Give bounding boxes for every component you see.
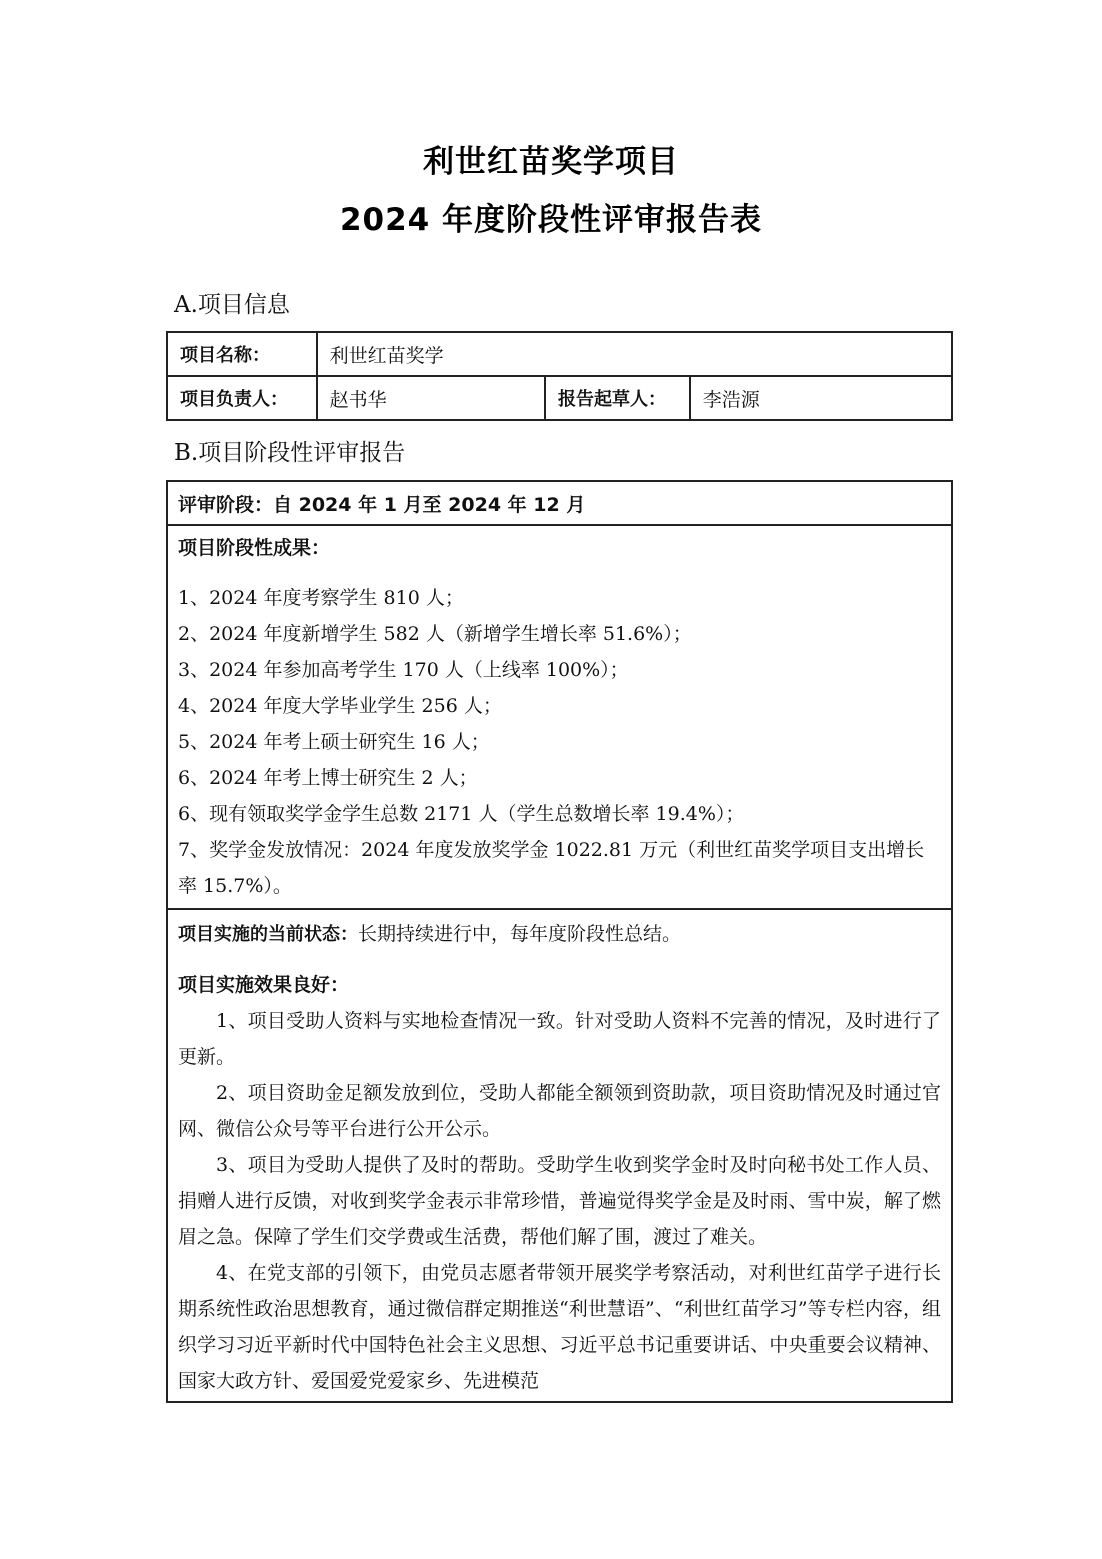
project-lead-value: 赵书华 xyxy=(317,376,545,420)
section-b-heading: B.项目阶段性评审报告 xyxy=(174,434,405,467)
result-item: 1、2024 年度考察学生 810 人； xyxy=(178,580,941,616)
effect-paragraph: 2、项目资助金足额发放到位，受助人都能全额领到资助款，项目资助情况及时通过官网、… xyxy=(178,1075,941,1147)
effect-paragraph: 1、项目受助人资料与实地检查情况一致。针对受助人资料不完善的情况，及时进行了更新… xyxy=(178,1003,941,1075)
review-stage: 评审阶段：自 2024 年 1 月至 2024 年 12 月 xyxy=(167,481,952,525)
result-item: 2、2024 年度新增学生 582 人（新增学生增长率 51.6%）； xyxy=(178,616,941,652)
results-label: 项目阶段性成果： xyxy=(178,530,941,566)
current-status: 项目实施的当前状态：长期持续进行中，每年度阶段性总结。 xyxy=(178,916,941,953)
report-drafter-label: 报告起草人： xyxy=(545,376,690,420)
result-item: 6、2024 年考上博士研究生 2 人； xyxy=(178,760,941,796)
effect-paragraph: 4、在党支部的引领下，由党员志愿者带领开展奖学考察活动，对利世红苗学子进行长期系… xyxy=(178,1255,941,1399)
result-item: 3、2024 年参加高考学生 170 人（上线率 100%）； xyxy=(178,652,941,688)
document-subtitle: 2024 年度阶段性评审报告表 xyxy=(0,194,1102,239)
status-value: 长期持续进行中，每年度阶段性总结。 xyxy=(358,923,681,945)
effect-label: 项目实施效果良好： xyxy=(178,967,941,1003)
project-name-value: 利世红苗奖学 xyxy=(317,332,952,376)
status-row: 项目实施的当前状态：长期持续进行中，每年度阶段性总结。 项目实施效果良好： 1、… xyxy=(167,909,952,1402)
results-row: 项目阶段性成果： 1、2024 年度考察学生 810 人； 2、2024 年度新… xyxy=(167,525,952,909)
results-cell: 项目阶段性成果： 1、2024 年度考察学生 810 人； 2、2024 年度新… xyxy=(167,525,952,909)
project-name-label: 项目名称： xyxy=(167,332,317,376)
document-title: 利世红苗奖学项目 xyxy=(0,136,1102,181)
project-info-table: 项目名称： 利世红苗奖学 项目负责人： 赵书华 报告起草人： 李浩源 xyxy=(166,331,953,421)
review-report-table: 评审阶段：自 2024 年 1 月至 2024 年 12 月 项目阶段性成果： … xyxy=(166,480,953,1403)
effect-paragraph: 3、项目为受助人提供了及时的帮助。受助学生收到奖学金时及时向秘书处工作人员、捐赠… xyxy=(178,1147,941,1255)
status-label: 项目实施的当前状态： xyxy=(178,924,358,945)
result-item: 6、现有领取奖学金学生总数 2171 人（学生总数增长率 19.4%）； xyxy=(178,796,941,832)
result-item: 7、奖学金发放情况：2024 年度发放奖学金 1022.81 万元（利世红苗奖学… xyxy=(178,832,941,904)
result-item: 5、2024 年考上硕士研究生 16 人； xyxy=(178,724,941,760)
section-a-heading: A.项目信息 xyxy=(174,286,290,319)
project-people-row: 项目负责人： 赵书华 报告起草人： 李浩源 xyxy=(167,376,952,420)
review-stage-row: 评审阶段：自 2024 年 1 月至 2024 年 12 月 xyxy=(167,481,952,525)
report-drafter-value: 李浩源 xyxy=(690,376,952,420)
status-cell: 项目实施的当前状态：长期持续进行中，每年度阶段性总结。 项目实施效果良好： 1、… xyxy=(167,909,952,1402)
project-name-row: 项目名称： 利世红苗奖学 xyxy=(167,332,952,376)
result-item: 4、2024 年度大学毕业学生 256 人； xyxy=(178,688,941,724)
project-lead-label: 项目负责人： xyxy=(167,376,317,420)
